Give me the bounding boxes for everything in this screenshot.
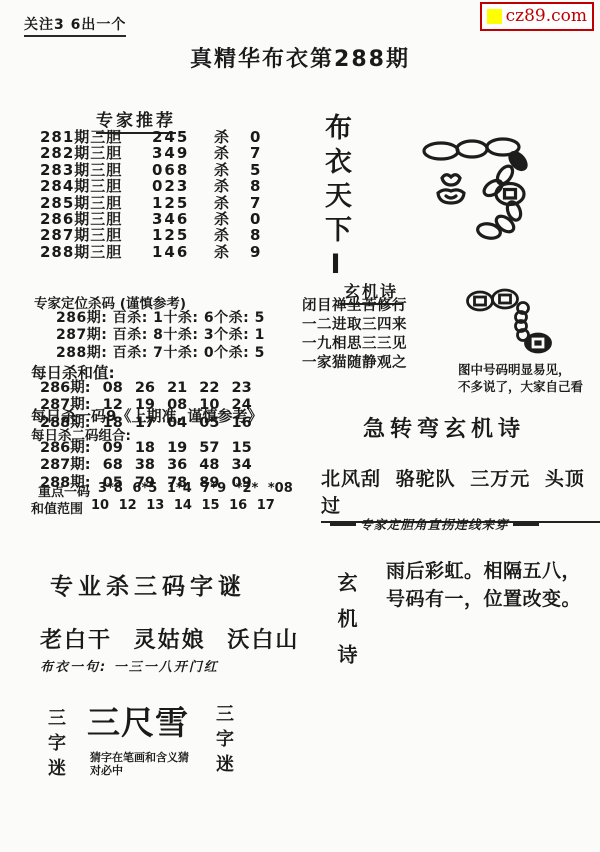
expert-recommend-table: 281期三胆 245 杀 0 282期三胆 349 杀 7 283期三胆 068… [40, 129, 260, 260]
row-period: 284期三胆 [40, 178, 152, 194]
row-dan: 146 [152, 244, 214, 260]
mystery-poem: 闭目禅坐苦修行 一二进取三四来 一九相思三三见 一家猫随静观之 [302, 297, 407, 373]
scanned-lottery-chart: 关注3 6出一个 cz89.com 真精华布衣第288期 专家推荐 281期三胆… [0, 0, 600, 852]
table-row: 288期三胆 146 杀 9 [40, 244, 260, 260]
sum-range-values: 10 12 13 14 15 16 17 [91, 498, 275, 517]
row-period: 288期三胆 [40, 244, 152, 260]
list-item: 287期: 百杀: 8十杀: 3个杀: 1 [56, 327, 265, 344]
row-kill-label: 杀 [214, 244, 250, 260]
xuanji-line1: 雨后彩虹。相隔五八， [386, 557, 581, 585]
row-period: 283期三胆 [40, 162, 152, 178]
row-kill-num: 0 [250, 211, 260, 227]
row-kill-num: 7 [250, 145, 260, 161]
site-logo: cz89.com [480, 2, 594, 31]
row-kill-num: 7 [250, 195, 260, 211]
row-kill-label: 杀 [214, 178, 250, 194]
poem-line: 一家猫随静观之 [302, 354, 407, 373]
drawing-caption-line1: 图中号码明显易见， [458, 361, 583, 378]
sum-range-label: 和值范围 [31, 498, 83, 517]
row-dan: 125 [152, 227, 214, 243]
divider-bar-right [513, 523, 539, 526]
row-kill-num: 9 [250, 244, 260, 260]
list-item: 286期: 百杀: 1十杀: 6个杀: 5 [56, 310, 265, 327]
table-row: 284期三胆 023 杀 8 [40, 178, 260, 194]
table-row: 283期三胆 068 杀 5 [40, 162, 260, 178]
list-item: 286期: 08 26 21 22 23 [40, 380, 252, 397]
drawing-caption: 图中号码明显易见， 不多说了，大家自己看 [458, 361, 583, 395]
buyi-tianxia-vertical-title: 布衣天下I [316, 113, 355, 287]
poem-line: 闭目禅坐苦修行 [302, 297, 407, 316]
xuanji-line2: 号码有一，位置改变。 [386, 585, 581, 613]
row-kill-label: 杀 [214, 145, 250, 161]
chain-coin-ingot-drawing [372, 126, 572, 271]
divider-bar-left [330, 523, 356, 526]
divider-text: 专家定胆角直拐连线来穿 [360, 515, 509, 533]
drawing-caption-line2: 不多说了，大家自己看 [458, 378, 583, 395]
logo-yellow-square-icon [487, 9, 502, 24]
position-kill-title: 专家定位杀码 (谨慎参考) [34, 292, 186, 312]
row-dan: 023 [152, 178, 214, 194]
row-kill-num: 5 [250, 162, 260, 178]
row-period: 282期三胆 [40, 145, 152, 161]
focus-note: 关注3 6出一个 [24, 14, 126, 37]
row-period: 281期三胆 [40, 129, 152, 145]
sum-range-line: 和值范围 10 12 13 14 15 16 17 [31, 498, 275, 517]
coin-chain-drawing [448, 286, 578, 366]
list-item: 288期: 百杀: 7十杀: 0个杀: 5 [56, 345, 265, 362]
riddle-big-word: 三尺雪 [87, 697, 189, 744]
row-kill-num: 8 [250, 178, 260, 194]
row-kill-num: 8 [250, 227, 260, 243]
row-dan: 125 [152, 195, 214, 211]
table-row: 281期三胆 245 杀 0 [40, 129, 260, 145]
puzzle-title: 专业杀三码字谜 [50, 568, 246, 601]
three-char-riddle-right: 三字迷 [210, 704, 236, 779]
table-row: 287期三胆 125 杀 8 [40, 227, 260, 243]
row-period: 287期三胆 [40, 227, 152, 243]
row-dan: 245 [152, 129, 214, 145]
poem-line: 一九相思三三见 [302, 335, 407, 354]
table-row: 285期三胆 125 杀 7 [40, 195, 260, 211]
row-kill-label: 杀 [214, 129, 250, 145]
list-item: 287期: 68 38 36 48 34 [40, 457, 252, 474]
logo-text: cz89.com [506, 8, 587, 25]
row-kill-label: 杀 [214, 211, 250, 227]
position-kill-rows: 286期: 百杀: 1十杀: 6个杀: 5 287期: 百杀: 8十杀: 3个杀… [56, 310, 265, 362]
xuanji-poem: 雨后彩虹。相隔五八， 号码有一，位置改变。 [386, 557, 581, 613]
row-dan: 346 [152, 211, 214, 227]
riddle-caption-line2: 对必中 [90, 764, 189, 777]
expert-divider: 专家定胆角直拐连线来穿 [330, 515, 554, 533]
row-dan: 349 [152, 145, 214, 161]
puzzle-words: 老白干 灵姑娘 沃白山 [40, 623, 299, 654]
puzzle-sentence: 布衣一句: 一三一八开门红 [40, 656, 219, 675]
row-kill-label: 杀 [214, 162, 250, 178]
page-title: 真精华布衣第288期 [0, 42, 600, 73]
poem-line: 一二进取三四来 [302, 316, 407, 335]
row-kill-label: 杀 [214, 195, 250, 211]
three-char-riddle-left: 三字迷 [42, 708, 68, 783]
sharp-turn-poem-title: 急转弯玄机诗 [363, 412, 525, 443]
row-kill-num: 0 [250, 129, 260, 145]
riddle-caption-line1: 猜字在笔画和含义猜 [90, 751, 189, 764]
row-dan: 068 [152, 162, 214, 178]
row-period: 286期三胆 [40, 211, 152, 227]
list-item: 286期: 09 18 19 57 15 [40, 440, 252, 457]
xuanji-vertical-title: 玄机诗 [332, 572, 361, 680]
row-period: 285期三胆 [40, 195, 152, 211]
daily-kill-one-line: 每日杀一码9《上期准, 谨慎参考》 [31, 405, 262, 426]
row-kill-label: 杀 [214, 227, 250, 243]
table-row: 282期三胆 349 杀 7 [40, 145, 260, 161]
table-row: 286期三胆 346 杀 0 [40, 211, 260, 227]
riddle-caption: 猜字在笔画和含义猜 对必中 [90, 751, 189, 777]
